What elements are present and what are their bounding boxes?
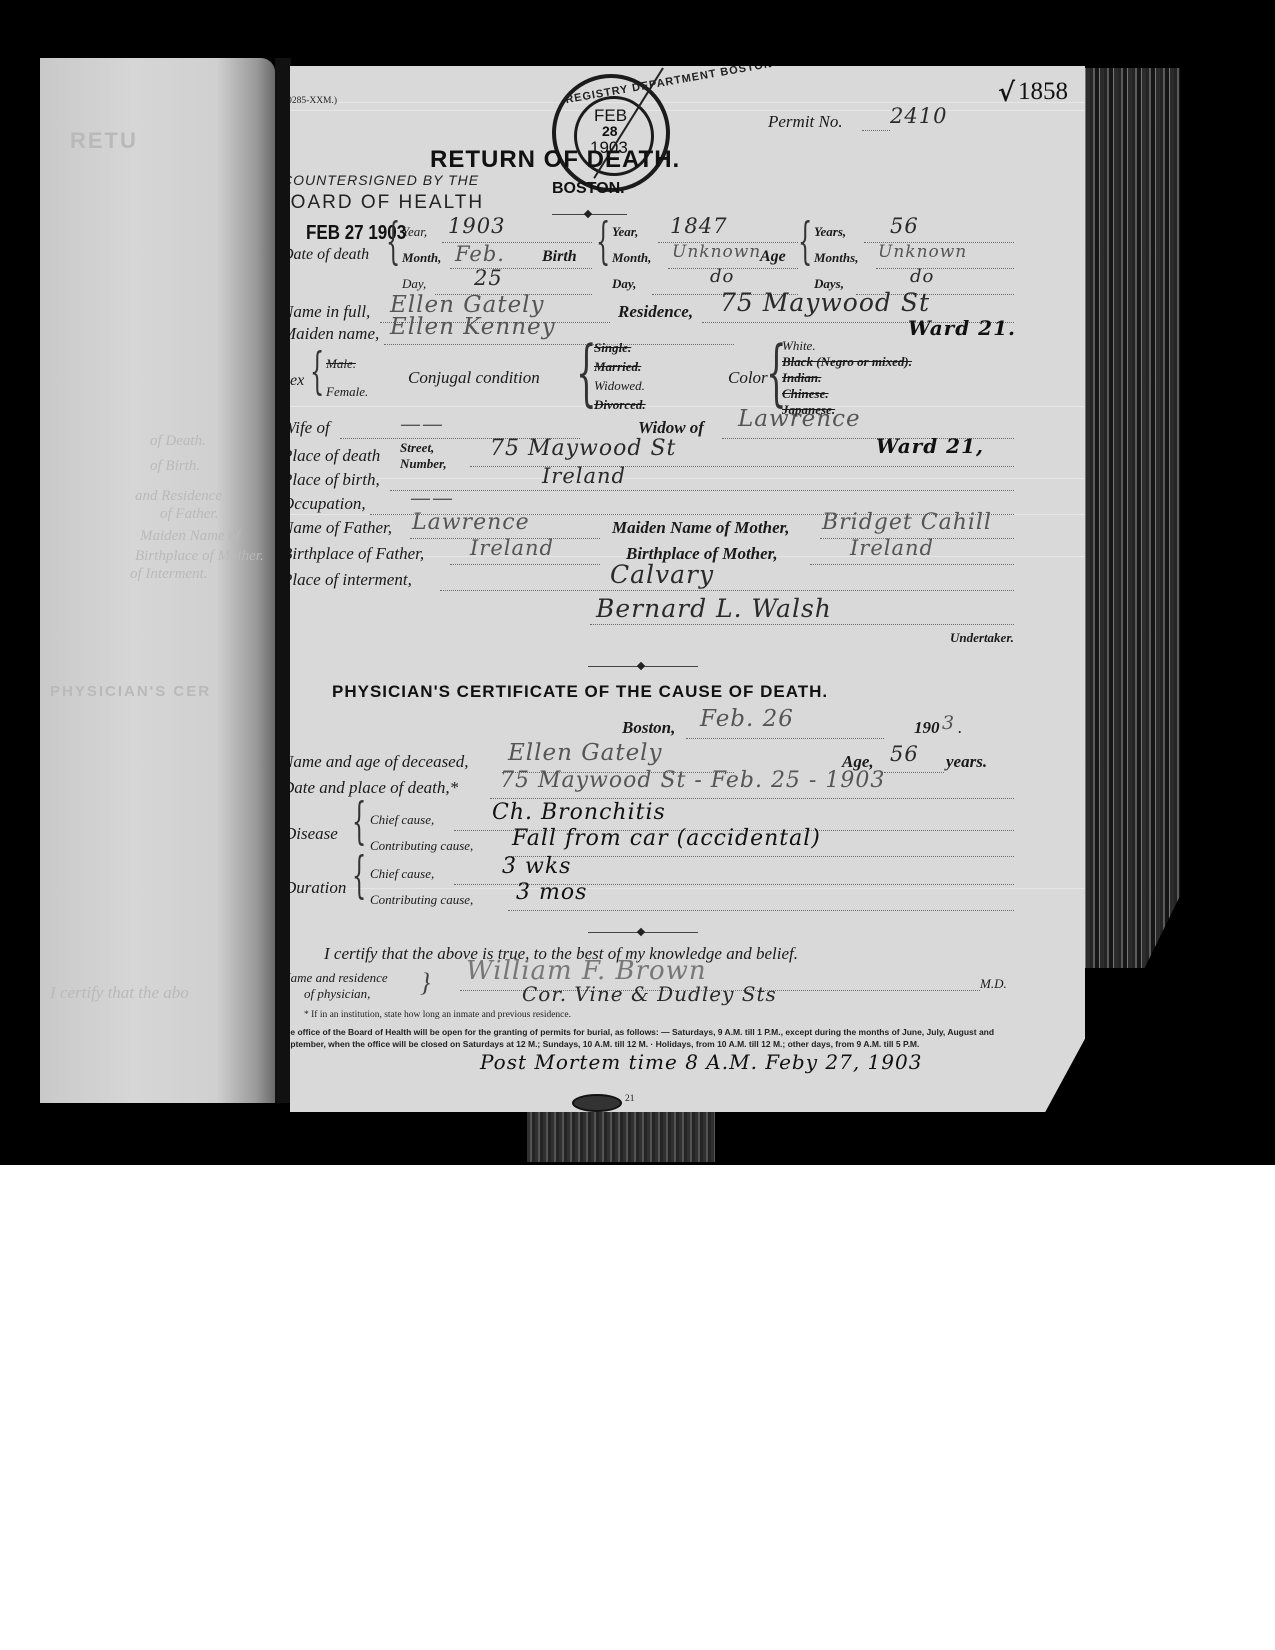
register-number: 1858 [1018, 78, 1068, 106]
father-birthplace: Ireland [470, 536, 554, 560]
physician-suffix: M.D. [980, 976, 1007, 992]
ghost-certify: I certify that the abo [50, 983, 189, 1003]
birth-label: Birth [542, 248, 577, 266]
birth-month: Unknown [672, 242, 761, 262]
mother-maiden-name: Bridget Cahill [822, 510, 992, 535]
color-label: Color [728, 368, 768, 388]
certificate-deceased-name: Ellen Gately [508, 740, 663, 766]
binding-tab [527, 1112, 715, 1162]
certificate-years-label: years. [946, 752, 987, 772]
date-place-death-value: 75 Maywood St - Feb. 25 - 1903 [500, 768, 885, 793]
duration-contributing-cause: 3 mos [516, 880, 587, 905]
widow-of-value: Lawrence [738, 406, 861, 432]
date-place-death-label: Date and place of death,* [282, 778, 458, 798]
wife-of-value: —— [400, 412, 444, 436]
permit-number: 2410 [890, 104, 947, 128]
conjugal-label: Conjugal condition [408, 368, 540, 388]
ghost-line: and Residence [135, 488, 222, 505]
sex-option-female: Female. [326, 384, 368, 400]
father-birthplace-label: Birthplace of Father, [282, 544, 424, 564]
color-indian: Indian. [782, 370, 821, 386]
return-of-death-form: (0285-XXM.) REGISTRY DEPARTMENT BOSTON F… [290, 66, 1085, 1112]
color-chinese: Chinese. [782, 386, 829, 402]
name-label: Name in full, [282, 302, 370, 322]
interment-place: Calvary [610, 560, 714, 589]
undertaker-label: Undertaker. [950, 630, 1014, 646]
conjugal-widowed: Widowed. [594, 378, 645, 394]
disease-contributing-cause: Fall from car (accidental) [512, 826, 821, 851]
death-date-label: Date of death [282, 246, 369, 264]
printer-number: 21 [625, 1094, 635, 1104]
book-gutter [275, 58, 291, 1103]
death-year: 1903 [448, 214, 505, 238]
countersign-line2: BOARD OF HEALTH [276, 192, 484, 214]
residence-label: Residence, [618, 302, 693, 322]
ghost-line: of Father. [160, 506, 218, 523]
post-mortem-note: Post Mortem time 8 A.M. Feby 27, 1903 [480, 1050, 922, 1074]
ghost-line: Birthplace of Mother. [135, 548, 264, 565]
name-age-label: Name and age of deceased, [282, 752, 468, 772]
disease-label: Disease [284, 824, 338, 844]
maiden-name: Ellen Kenney [390, 314, 556, 340]
ghost-line: Maiden Name of [140, 528, 240, 545]
birth-year: 1847 [670, 214, 727, 238]
countersign-line1: COUNTERSIGNED BY THE [282, 172, 479, 188]
occupation-value: —— [410, 486, 454, 510]
place-of-death-value: 75 Maywood St [490, 436, 676, 461]
residence-ward: Ward 21. [908, 316, 1016, 340]
registry-stamp-ring: REGISTRY DEPARTMENT BOSTON [565, 58, 774, 106]
ghost-line: of Interment. [130, 566, 207, 583]
father-name: Lawrence [412, 510, 530, 535]
undertaker-signature: Bernard L. Walsh [596, 594, 832, 623]
age-years: 56 [890, 214, 919, 238]
ghost-line: of Birth. [150, 458, 200, 475]
interment-label: Place of interment, [282, 570, 412, 590]
color-black: Black (Negro or mixed). [782, 354, 912, 370]
color-white: White. [782, 338, 816, 354]
place-of-death-ward: Ward 21, [876, 434, 984, 458]
physician-residence: Cor. Vine & Dudley Sts [522, 982, 777, 1006]
conjugal-divorced: Divorced. [594, 397, 646, 413]
age-label: Age [760, 248, 786, 266]
physician-label-line1: Name and residence [282, 970, 388, 986]
form-title: RETURN OF DEATH. [430, 146, 680, 174]
ghost-section-title: PHYSICIAN'S CER [50, 683, 211, 700]
physician-certificate-title: PHYSICIAN'S CERTIFICATE OF THE CAUSE OF … [332, 682, 828, 702]
duration-chief-cause: 3 wks [502, 854, 571, 879]
physician-label-line2: of physician, [304, 986, 370, 1002]
registry-department-stamp: REGISTRY DEPARTMENT BOSTON FEB 28 1903 [552, 74, 670, 192]
form-city: BOSTON. [552, 180, 625, 198]
duration-label: Duration [284, 878, 346, 898]
conjugal-single: Single. [594, 340, 631, 356]
birth-day: do [710, 266, 734, 287]
permit-label: Permit No. [768, 112, 843, 132]
place-of-birth-label: Place of birth, [282, 470, 380, 490]
check-mark: √ [998, 78, 1016, 108]
residence: 75 Maywood St [720, 288, 930, 317]
death-month: Feb. [455, 242, 505, 266]
registry-stamp-day: 28 [602, 123, 618, 139]
disease-chief-cause: Ch. Bronchitis [492, 800, 666, 825]
certificate-place-label: Boston, [622, 718, 675, 738]
age-months: Unknown [878, 242, 967, 262]
mother-maiden-name-label: Maiden Name of Mother, [612, 518, 790, 538]
occupation-label: Occupation, [282, 494, 366, 514]
ghost-line: of Death. [150, 433, 206, 450]
form-code: (0285-XXM.) [284, 96, 337, 106]
mother-birthplace: Ireland [850, 536, 934, 560]
age-days: do [910, 266, 934, 287]
death-day: 25 [474, 266, 503, 290]
place-of-death-label: Place of death [282, 446, 380, 466]
certificate-date: Feb. 26 [700, 706, 794, 732]
conjugal-married: Married. [594, 359, 641, 375]
father-name-label: Name of Father, [282, 518, 392, 538]
office-hours-notice: The office of the Board of Health will b… [280, 1026, 1015, 1050]
certificate-year-prefix: 190 [914, 718, 940, 738]
scanned-register-image: RETU of Death. of Birth. and Residence o… [0, 0, 1275, 1165]
sex-option-male: Male. [326, 356, 356, 372]
ghost-title: RETU [70, 128, 138, 154]
left-facing-page: RETU of Death. of Birth. and Residence o… [40, 58, 275, 1103]
certificate-year-suffix: 3 [942, 712, 955, 734]
widow-of-label: Widow of [638, 418, 704, 438]
institution-footnote: * If in an institution, state how long a… [304, 1010, 571, 1020]
maiden-name-label: Maiden name, [282, 324, 379, 344]
printer-emblem-icon [572, 1094, 622, 1112]
certificate-age: 56 [890, 742, 919, 766]
place-of-birth-value: Ireland [542, 464, 626, 488]
